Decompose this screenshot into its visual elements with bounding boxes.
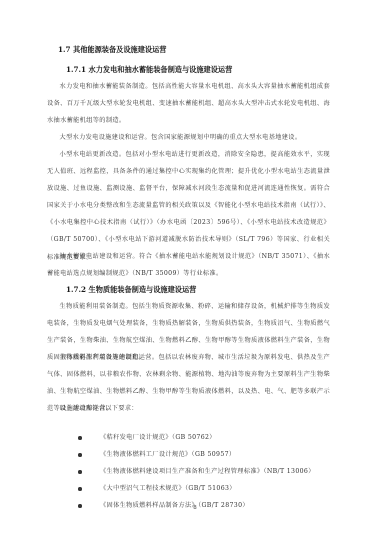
bullet-icon <box>78 453 82 457</box>
page-number: 8 <box>0 505 390 511</box>
bullet-icon <box>78 487 82 491</box>
paragraph-requirements-intro: 以上活动需符合以下要求： <box>47 400 330 417</box>
requirements-list: 《秸秆发电厂设计规范》（GB 50762） 《生物液体燃料工厂设计规范》（GB … <box>78 429 315 514</box>
paragraph-pumped-storage: 抽水蓄能电站建设和运营。符合《抽水蓄能电站水能规划设计规范》（NB/T 3507… <box>47 248 330 282</box>
list-item: 《生物液体燃料建设项目生产准备和生产过程管理标准》（NB/T 13006） <box>78 463 315 480</box>
bullet-icon <box>78 470 82 474</box>
subsection-heading-hydro: 1.7.1 水力发电和抽水蓄能装备制造与设施建设运营 <box>66 65 232 75</box>
list-item: 《秸秆发电厂设计规范》（GB 50762） <box>78 429 315 446</box>
bullet-icon <box>78 436 82 440</box>
list-item: 《生物液体燃料工厂设计规范》（GB 50957） <box>78 446 315 463</box>
subsection-heading-biomass: 1.7.2 生物质能装备制造与设施建设运营 <box>66 285 196 295</box>
list-item: 《大中型沼气工程技术规范》（GB/T 51063） <box>78 480 315 497</box>
section-heading: 1.7 其他能源装备及设施建设运营 <box>58 45 166 55</box>
document-page: 1.7 其他能源装备及设施建设运营 1.7.1 水力发电和抽水蓄能装备制造与设施… <box>0 0 390 551</box>
paragraph-hydro-manufacturing: 水力发电和抽水蓄能装备制造。包括高性能大容量水电机组、高水头大容量抽水蓄能机组成… <box>47 78 330 129</box>
paragraph-large-hydro: 大型水力发电设施建设和运营。包含国家能源规划中明确的重点大型水电基地建设。 <box>47 129 330 146</box>
